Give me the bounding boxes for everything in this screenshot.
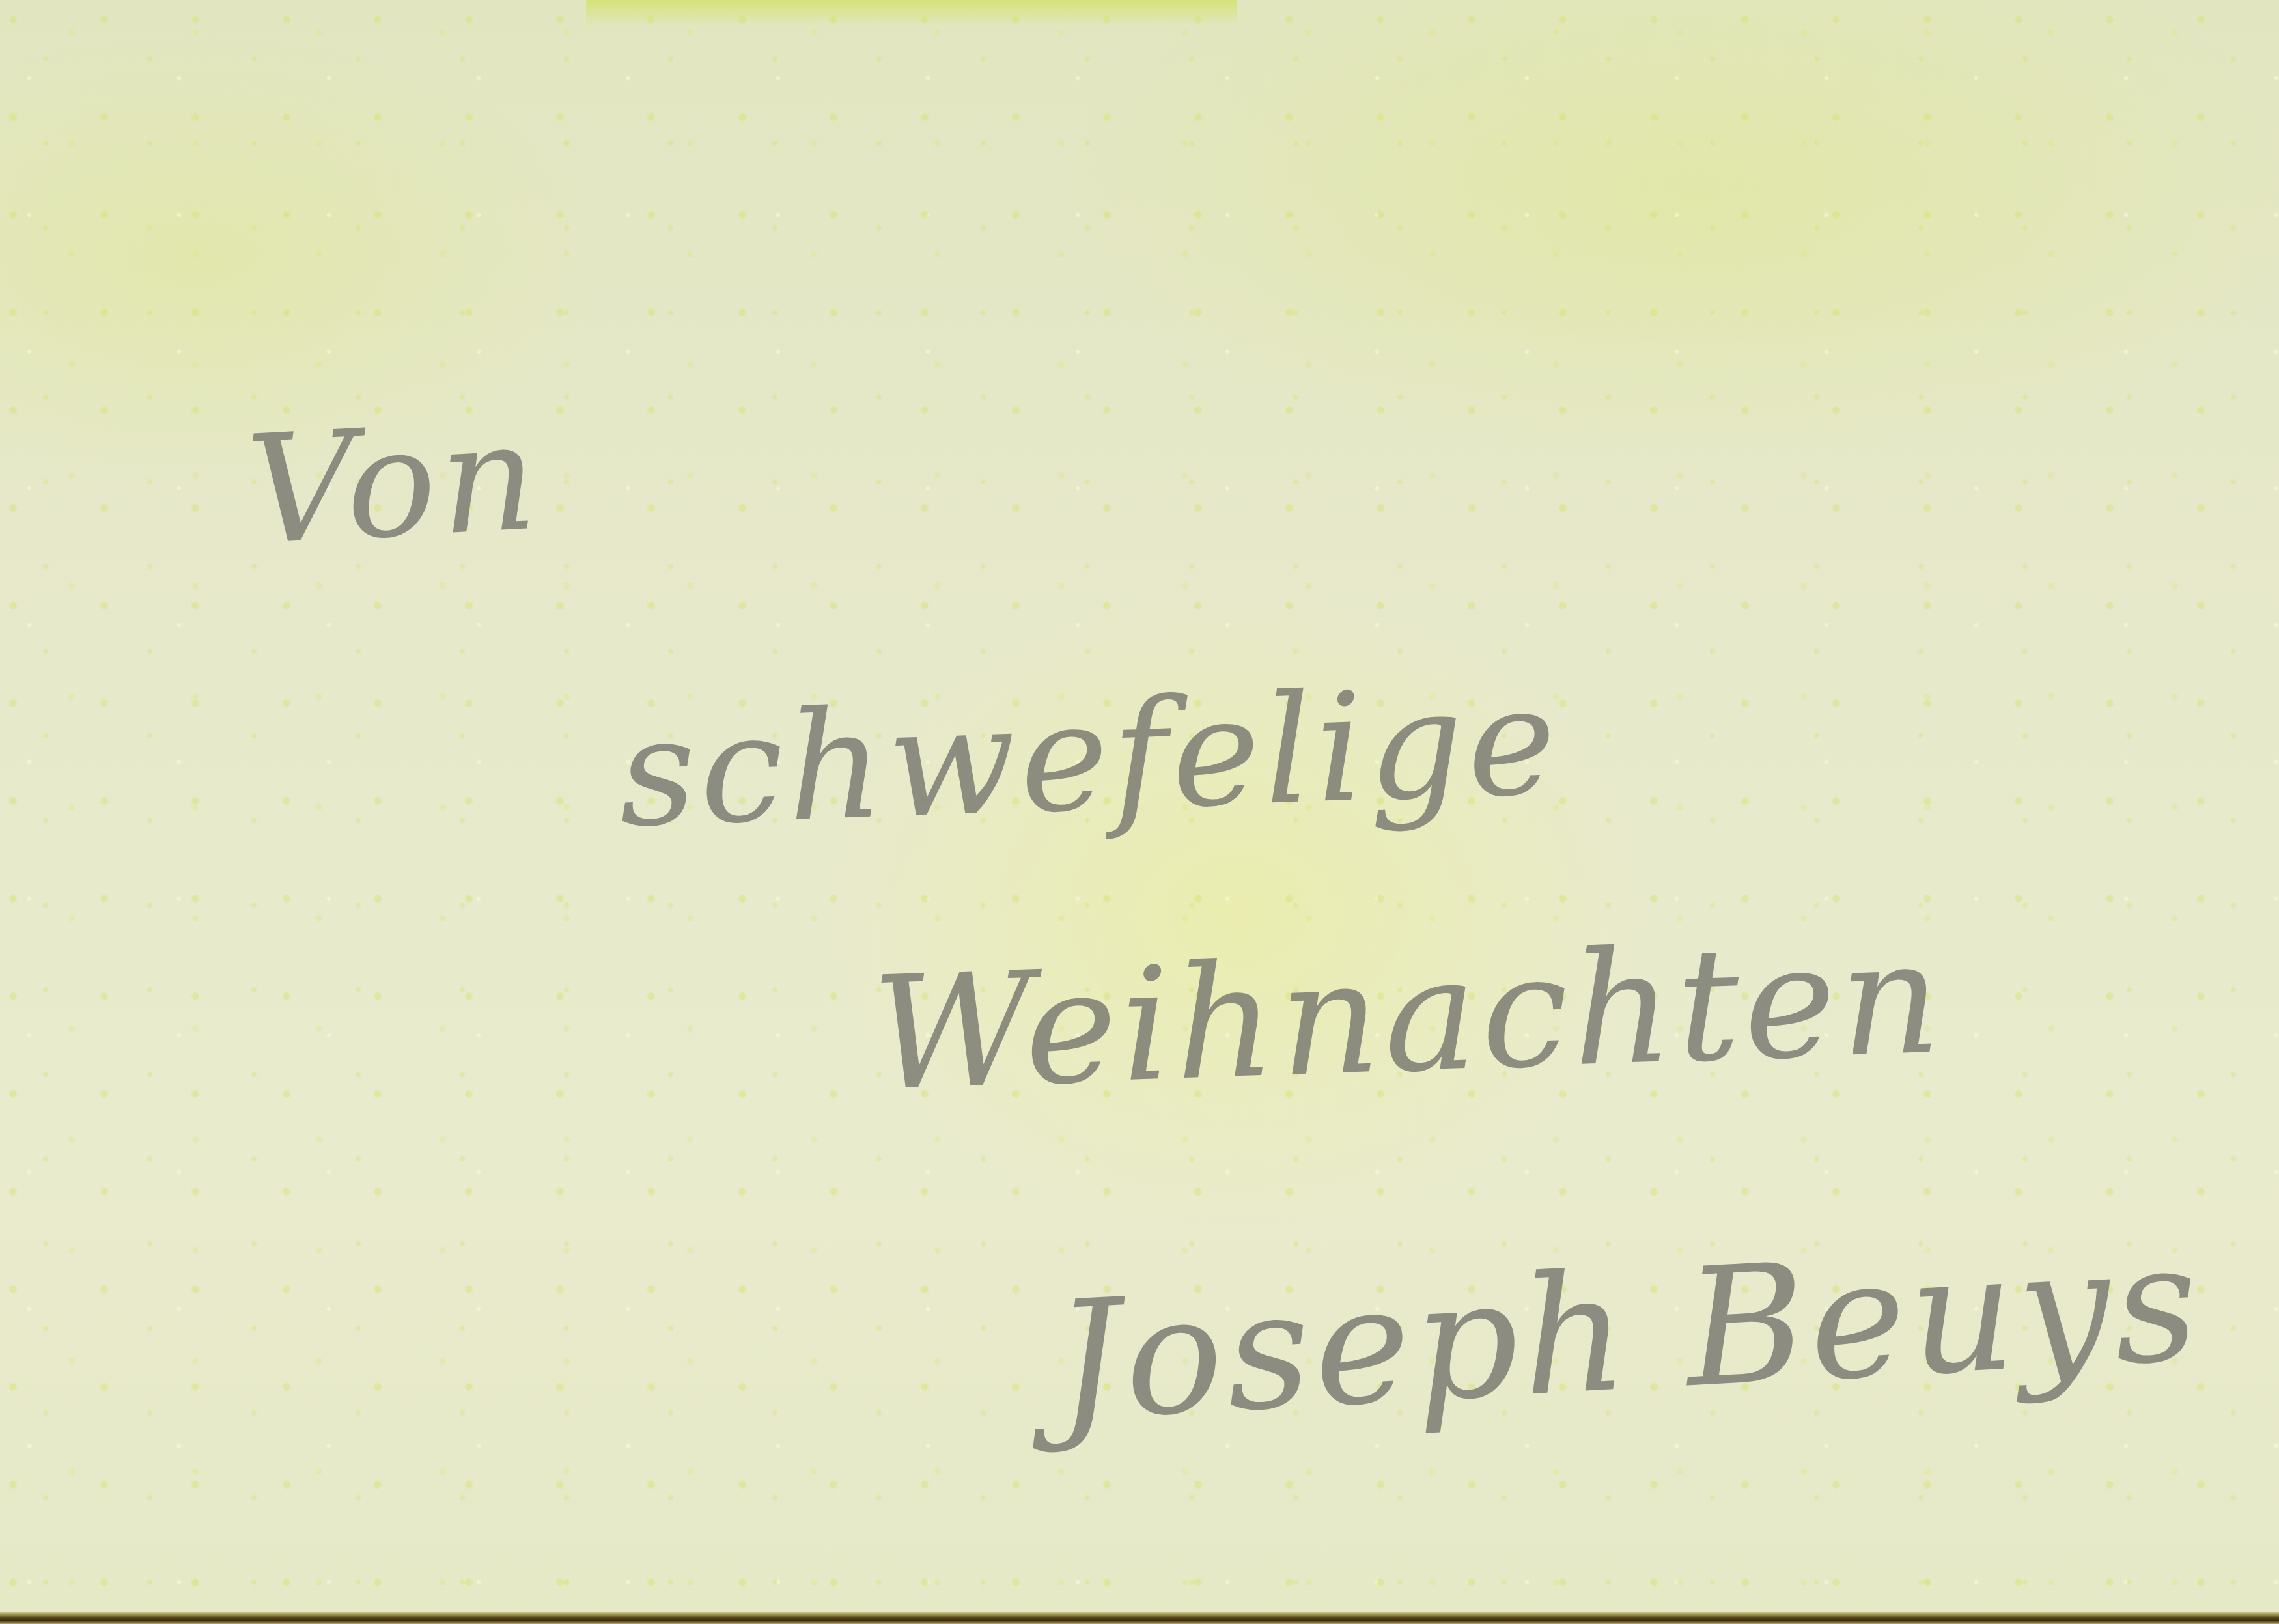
paper-bottom-edge (0, 1612, 2279, 1624)
top-color-band (586, 0, 1237, 26)
inscription-line-3: Weihnachten (870, 906, 1948, 1125)
inscription-line-1: Von (243, 389, 544, 578)
inscription-line-2: schwefelige (616, 654, 1563, 861)
